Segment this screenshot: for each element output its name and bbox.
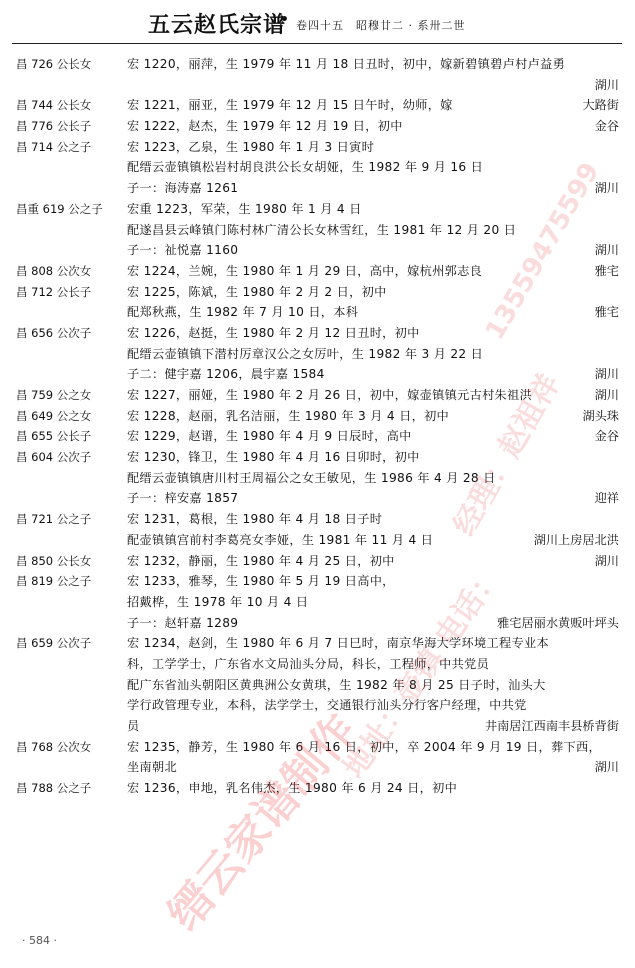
genealogy-entry: 昌 759 公之女宏 1227，丽娅，生 1980 年 2 月 26 日，初中，… [0,385,635,406]
parent-label: 昌 604 公次子 [16,447,121,468]
parent-label: 昌重 619 公之子 [16,199,121,220]
entry-text: 宏 1229，赵谱，生 1980 年 4 月 9 日辰时，高中 [127,426,412,447]
genealogy-entry: 昌 726 公长女宏 1220，丽萍，生 1979 年 11 月 18 日丑时，… [0,54,635,95]
genealogy-entry: 昌 721 公之子宏 1231，葛根，生 1980 年 4 月 18 日子时配壶… [0,509,635,550]
genealogy-entry: 昌 649 公之女宏 1228，赵丽，乳名洁丽，生 1980 年 3 月 4 日… [0,406,635,427]
entry-line: 科，工学学士，广东省水文局汕头分局，科长，工程师，中共党员 [0,654,635,675]
book-title: 五云赵氏宗谱 [148,8,286,39]
header-divider [12,43,622,44]
entry-text: 招戴桦，生 1978 年 10 月 4 日 [127,592,308,613]
entry-text: 宏 1222，赵杰，生 1979 年 12 月 19 日，初中 [127,116,403,137]
parent-label: 昌 712 公长子 [16,282,121,303]
entry-text: 宏 1235，静芳，生 1980 年 6 月 16 日，初中，卒 2004 年 … [127,737,601,758]
entry-line: 配壶镇镇宫前村李葛亮女李娅，生 1981 年 11 月 4 日湖川上房居北洪 [0,530,635,551]
residence-place: 湖川 [595,551,619,572]
residence-place: 大路街 [582,95,619,116]
residence-place: 湖头珠 [582,406,619,427]
entry-line: 昌 759 公之女宏 1227，丽娅，生 1980 年 2 月 26 日，初中，… [0,385,635,406]
entry-text: 宏 1230，锋卫，生 1980 年 4 月 16 日卯时，初中 [127,447,420,468]
entry-line: 昌 649 公之女宏 1228，赵丽，乳名洁丽，生 1980 年 3 月 4 日… [0,406,635,427]
entry-text: 员 [127,716,140,737]
genealogy-entry: 昌 712 公长子宏 1225，陈斌，生 1980 年 2 月 2 日，初中配郑… [0,282,635,323]
entry-text: 子一：祉悦嘉 1160 [127,240,238,261]
parent-label: 昌 776 公长子 [16,116,121,137]
residence-place: 湖川上房居北洪 [534,530,619,551]
residence-place: 雅宅居丽水黄贩叶坪头 [497,613,619,634]
entry-line: 配缙云壶镇镇松岩村胡良洪公长女胡娅，生 1982 年 9 月 16 日 [0,157,635,178]
entry-text: 宏重 1223，军荣，生 1980 年 1 月 4 日 [127,199,362,220]
entry-line: 昌 788 公之子宏 1236，申地，乳名伟杰，生 1980 年 6 月 24 … [0,778,635,799]
genealogy-entry: 昌 604 公次子宏 1230，锋卫，生 1980 年 4 月 16 日卯时，初… [0,447,635,509]
entry-line: 昌 850 公长女宏 1232，静丽，生 1980 年 4 月 25 日，初中湖… [0,551,635,572]
parent-label: 昌 721 公之子 [16,509,121,530]
entry-line: 昌 655 公长子宏 1229，赵谱，生 1980 年 4 月 9 日辰时，高中… [0,426,635,447]
entry-text: 宏 1221，丽亚，生 1979 年 12 月 15 日午时，幼师，嫁 [127,95,453,116]
parent-label: 昌 819 公之子 [16,571,121,592]
entry-text: 科，工学学士，广东省水文局汕头分局，科长，工程师，中共党员 [127,654,489,675]
entry-text: 配缙云壶镇镇下潜村厉章汉公之女厉叶，生 1982 年 3 月 22 日 [127,344,483,365]
entry-text: 学行政管理专业，本科，法学学士，交通银行汕头分行客户经理，中共党 [127,695,527,716]
entry-line: 招戴桦，生 1978 年 10 月 4 日 [0,592,635,613]
entry-line: 子一：祉悦嘉 1160湖川 [0,240,635,261]
genealogy-entry: 昌 714 公之子宏 1223，乙泉，生 1980 年 1 月 3 日寅时配缙云… [0,137,635,199]
parent-label: 昌 850 公长女 [16,551,121,572]
genealogy-entry: 昌 808 公次女宏 1224，兰婉，生 1980 年 1 月 29 日，高中，… [0,261,635,282]
parent-label: 昌 744 公长女 [16,95,121,116]
residence-place: 迎祥 [595,488,619,509]
entry-text: 宏 1236，申地，乳名伟杰，生 1980 年 6 月 24 日，初中 [127,778,457,799]
entry-line: 配缙云壶镇镇唐川村王周福公之女王敏见，生 1986 年 4 月 28 日 [0,468,635,489]
residence-place: 井南居江西南丰县桥背街 [485,716,619,737]
entry-line: 昌 808 公次女宏 1224，兰婉，生 1980 年 1 月 29 日，高中，… [0,261,635,282]
title-separator: • [280,12,289,28]
entry-text: 宏 1226，赵挺，生 1980 年 2 月 12 日丑时，初中 [127,323,420,344]
entry-line: 配郑秋燕，生 1982 年 7 月 10 日，本科雅宅 [0,302,635,323]
entry-line: 昌 819 公之子宏 1233，雅琴，生 1980 年 5 月 19 日高中， [0,571,635,592]
genealogy-entry: 昌重 619 公之子宏重 1223，军荣，生 1980 年 1 月 4 日配遂昌… [0,199,635,261]
entry-text: 宏 1233，雅琴，生 1980 年 5 月 19 日高中， [127,571,395,592]
entry-text: 配广东省汕头朝阳区黄典洲公女黄琪，生 1982 年 8 月 25 日子时，汕头大 [127,675,546,696]
genealogy-entry: 昌 659 公次子宏 1234，赵剑，生 1980 年 6 月 7 日巳时，南京… [0,633,635,736]
entry-text: 宏 1220，丽萍，生 1979 年 11 月 18 日丑时，初中，嫁新碧镇碧卢… [127,54,565,75]
entry-line: 子一：赵轩嘉 1289雅宅居丽水黄贩叶坪头 [0,613,635,634]
parent-label: 昌 768 公次女 [16,737,121,758]
residence-place: 雅宅 [595,302,619,323]
residence-place: 湖川 [595,364,619,385]
entry-line: 昌 726 公长女宏 1220，丽萍，生 1979 年 11 月 18 日丑时，… [0,54,635,75]
residence-place: 湖川 [595,240,619,261]
entry-text: 配缙云壶镇镇松岩村胡良洪公长女胡娅，生 1982 年 9 月 16 日 [127,157,483,178]
entry-line: 湖川 [0,75,635,96]
entry-line: 子一：海涛嘉 1261湖川 [0,178,635,199]
entry-text: 子一：赵轩嘉 1289 [127,613,238,634]
entry-text: 宏 1227，丽娅，生 1980 年 2 月 26 日，初中，嫁壶镇镇元古村朱祖… [127,385,532,406]
entry-text: 宏 1224，兰婉，生 1980 年 1 月 29 日，高中，嫁杭州郭志良 [127,261,482,282]
entry-line: 配遂昌县云峰镇门陈村林广清公长女林雪红，生 1981 年 12 月 20 日 [0,220,635,241]
residence-place: 雅宅 [595,261,619,282]
entry-text: 配遂昌县云峰镇门陈村林广清公长女林雪红，生 1981 年 12 月 20 日 [127,220,516,241]
entry-text: 宏 1231，葛根，生 1980 年 4 月 18 日子时 [127,509,382,530]
entry-line: 配缙云壶镇镇下潜村厉章汉公之女厉叶，生 1982 年 3 月 22 日 [0,344,635,365]
parent-label: 昌 788 公之子 [16,778,121,799]
residence-place: 湖川 [595,757,619,778]
residence-place: 金谷 [595,116,619,137]
residence-place: 湖川 [595,75,619,96]
entry-line: 昌 712 公长子宏 1225，陈斌，生 1980 年 2 月 2 日，初中 [0,282,635,303]
entry-text: 子二：健宇嘉 1206，晨宇嘉 1584 [127,364,325,385]
genealogy-entries: 昌 726 公长女宏 1220，丽萍，生 1979 年 11 月 18 日丑时，… [0,54,635,799]
entry-line: 昌 768 公次女宏 1235，静芳，生 1980 年 6 月 16 日，初中，… [0,737,635,758]
entry-text: 宏 1225，陈斌，生 1980 年 2 月 2 日，初中 [127,282,387,303]
entry-line: 坐南朝北湖川 [0,757,635,778]
genealogy-entry: 昌 788 公之子宏 1236，申地，乳名伟杰，生 1980 年 6 月 24 … [0,778,635,799]
entry-text: 宏 1228，赵丽，乳名洁丽，生 1980 年 3 月 4 日，初中 [127,406,449,427]
entry-line: 昌 656 公次子宏 1226，赵挺，生 1980 年 2 月 12 日丑时，初… [0,323,635,344]
parent-label: 昌 759 公之女 [16,385,121,406]
parent-label: 昌 659 公次子 [16,633,121,654]
entry-line: 昌 714 公之子宏 1223，乙泉，生 1980 年 1 月 3 日寅时 [0,137,635,158]
entry-line: 学行政管理专业，本科，法学学士，交通银行汕头分行客户经理，中共党 [0,695,635,716]
entry-text: 子一：海涛嘉 1261 [127,178,238,199]
entry-line: 员井南居江西南丰县桥背街 [0,716,635,737]
residence-place: 湖川 [595,178,619,199]
parent-label: 昌 656 公次子 [16,323,121,344]
entry-text: 宏 1234，赵剑，生 1980 年 6 月 7 日巳时，南京华海大学环境工程专… [127,633,549,654]
entry-text: 配郑秋燕，生 1982 年 7 月 10 日，本科 [127,302,358,323]
entry-line: 昌 721 公之子宏 1231，葛根，生 1980 年 4 月 18 日子时 [0,509,635,530]
entry-line: 子一：梓安嘉 1857迎祥 [0,488,635,509]
genealogy-entry: 昌 819 公之子宏 1233，雅琴，生 1980 年 5 月 19 日高中，招… [0,571,635,633]
entry-text: 宏 1232，静丽，生 1980 年 4 月 25 日，初中 [127,551,395,572]
entry-text: 配缙云壶镇镇唐川村王周福公之女王敏见，生 1986 年 4 月 28 日 [127,468,496,489]
entry-line: 子二：健宇嘉 1206，晨宇嘉 1584湖川 [0,364,635,385]
genealogy-entry: 昌 768 公次女宏 1235，静芳，生 1980 年 6 月 16 日，初中，… [0,737,635,778]
entry-line: 昌重 619 公之子宏重 1223，军荣，生 1980 年 1 月 4 日 [0,199,635,220]
entry-line: 昌 659 公次子宏 1234，赵剑，生 1980 年 6 月 7 日巳时，南京… [0,633,635,654]
entry-text: 坐南朝北 [127,757,177,778]
genealogy-entry: 昌 850 公长女宏 1232，静丽，生 1980 年 4 月 25 日，初中湖… [0,551,635,572]
genealogy-entry: 昌 744 公长女宏 1221，丽亚，生 1979 年 12 月 15 日午时，… [0,95,635,116]
entry-line: 昌 776 公长子宏 1222，赵杰，生 1979 年 12 月 19 日，初中… [0,116,635,137]
parent-label: 昌 726 公长女 [16,54,121,75]
entry-line: 昌 744 公长女宏 1221，丽亚，生 1979 年 12 月 15 日午时，… [0,95,635,116]
parent-label: 昌 714 公之子 [16,137,121,158]
volume-subtitle: 卷四十五 昭穆廿二 · 系卅二世 [296,17,466,33]
page-number: · 584 · [22,934,57,947]
genealogy-entry: 昌 655 公长子宏 1229，赵谱，生 1980 年 4 月 9 日辰时，高中… [0,426,635,447]
parent-label: 昌 655 公长子 [16,426,121,447]
genealogy-entry: 昌 656 公次子宏 1226，赵挺，生 1980 年 2 月 12 日丑时，初… [0,323,635,385]
page-header: 五云赵氏宗谱 • 卷四十五 昭穆廿二 · 系卅二世 [0,0,635,44]
residence-place: 金谷 [595,426,619,447]
entry-text: 宏 1223，乙泉，生 1980 年 1 月 3 日寅时 [127,137,374,158]
entry-text: 配壶镇镇宫前村李葛亮女李娅，生 1981 年 11 月 4 日 [127,530,433,551]
residence-place: 湖川 [595,385,619,406]
entry-text: 子一：梓安嘉 1857 [127,488,238,509]
entry-line: 昌 604 公次子宏 1230，锋卫，生 1980 年 4 月 16 日卯时，初… [0,447,635,468]
parent-label: 昌 649 公之女 [16,406,121,427]
entry-line: 配广东省汕头朝阳区黄典洲公女黄琪，生 1982 年 8 月 25 日子时，汕头大 [0,675,635,696]
genealogy-entry: 昌 776 公长子宏 1222，赵杰，生 1979 年 12 月 19 日，初中… [0,116,635,137]
parent-label: 昌 808 公次女 [16,261,121,282]
